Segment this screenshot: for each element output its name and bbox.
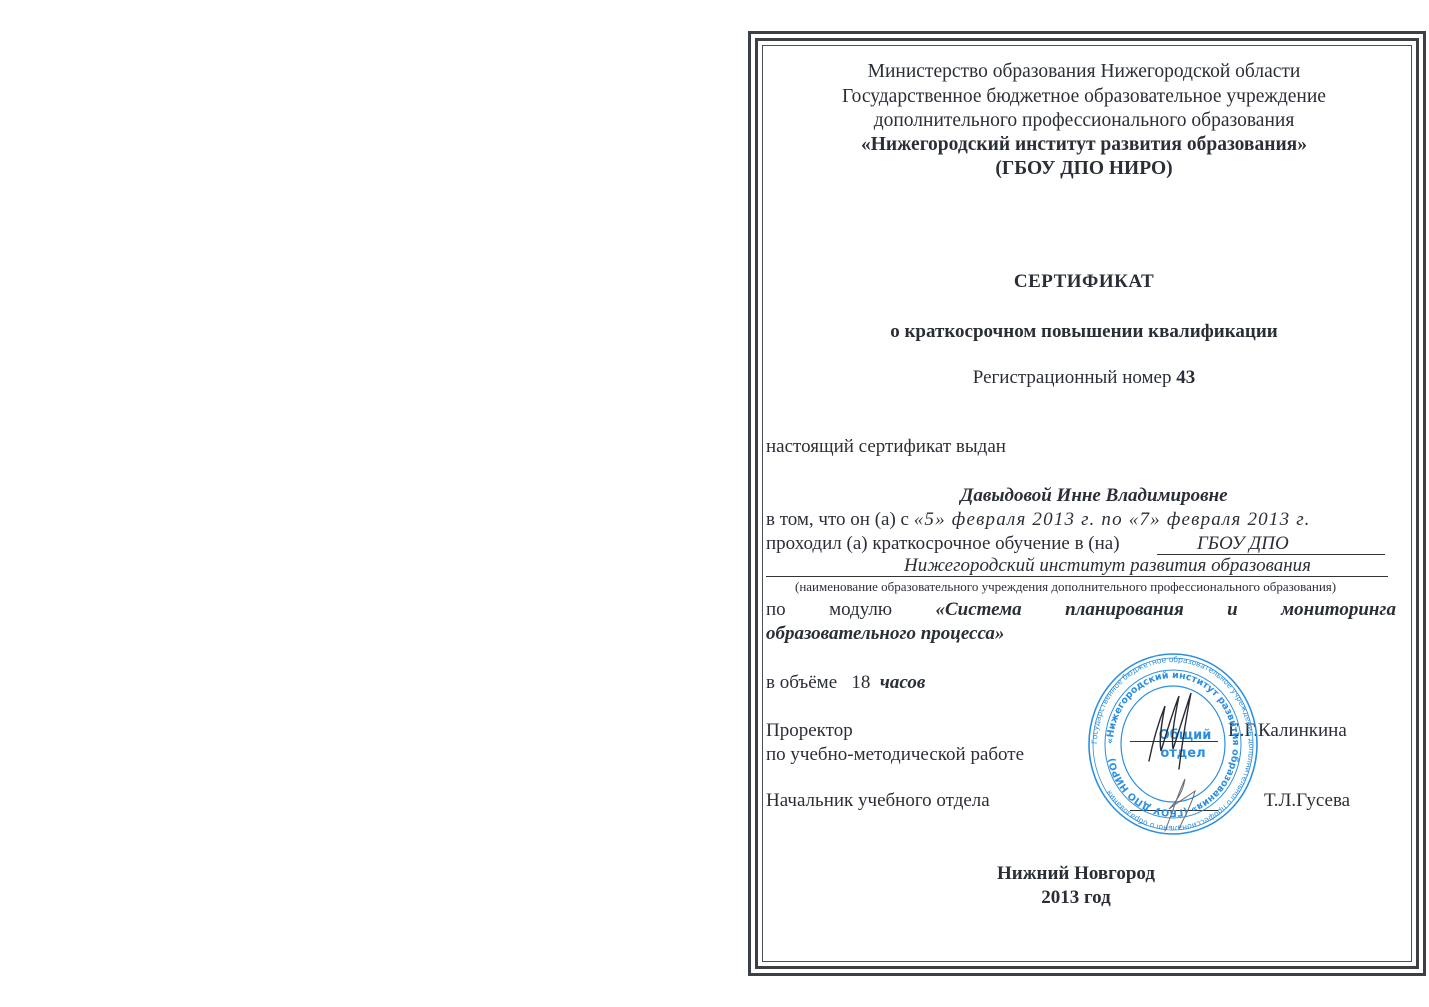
institution-name: «Нижегородский институт развития образов…	[750, 133, 1418, 157]
institution-type-line: Государственное бюджетное образовательно…	[750, 85, 1418, 109]
module-word-1: по	[766, 598, 786, 622]
certificate-subtitle: о краткосрочном повышении квалификации	[750, 320, 1418, 344]
module-name-part-3: и	[1227, 598, 1238, 622]
official-stamp: Государственное бюджетное образовательно…	[1087, 651, 1259, 837]
registration-label: Регистрационный номер	[973, 367, 1172, 388]
footer-year: 2013 год	[742, 886, 1410, 910]
training-line: проходил (а) краткосрочное обучение в (н…	[766, 532, 1120, 556]
volume-prefix: в объёме	[766, 672, 837, 693]
registration-number: Регистрационный номер 43	[750, 366, 1418, 390]
training-prefix: проходил (а) краткосрочное обучение в (н…	[766, 533, 1120, 554]
module-word-2: модулю	[829, 598, 892, 622]
ministry-line: Министерство образования Нижегородской о…	[750, 60, 1418, 84]
signatory-1-position-2: по учебно-методической работе	[766, 743, 1024, 767]
issued-label: настоящий сертификат выдан	[766, 435, 1006, 459]
module-line-1: по модулю «Система планирования и монито…	[766, 598, 1396, 622]
signatory-1-position: Проректор	[766, 719, 853, 743]
institution-type-line-2: дополнительного профессионального образо…	[750, 109, 1418, 133]
training-org-line-1: ГБОУ ДПО	[1197, 532, 1289, 556]
volume-unit: часов	[880, 672, 925, 693]
module-name-part-2: планирования	[1065, 598, 1184, 622]
volume-line: в объёме 18 часов	[766, 671, 925, 695]
registration-value: 43	[1176, 367, 1195, 388]
module-name-part-4: мониторинга	[1281, 598, 1396, 622]
signatory-2-position: Начальник учебного отдела	[766, 789, 990, 813]
period-line: в том, что он (а) с «5» февраля 2013 г. …	[766, 508, 1311, 532]
module-name-line-2: образовательного процесса»	[766, 622, 1004, 646]
module-name-part-1: «Система	[935, 598, 1021, 622]
training-org-field-2: Нижегородский институт развития образова…	[766, 554, 1388, 577]
volume-hours: 18	[851, 672, 870, 693]
recipient-name: Давыдовой Инне Владимировне	[760, 484, 1428, 508]
period-prefix: в том, что он (а) с	[766, 509, 909, 530]
certificate-title: СЕРТИФИКАТ	[750, 270, 1418, 294]
period-dates: «5» февраля 2013 г. по «7» февраля 2013 …	[914, 509, 1311, 530]
footer-city: Нижний Новгород	[742, 862, 1410, 886]
training-org-caption: (наименование образовательного учреждени…	[795, 575, 1336, 599]
signatory-2-name: Т.Л.Гусева	[1264, 789, 1350, 813]
training-org-field-1: ГБОУ ДПО	[1157, 532, 1385, 555]
certificate-page: Министерство образования Нижегородской о…	[0, 0, 1429, 1007]
institution-abbreviation: (ГБОУ ДПО НИРО)	[750, 157, 1418, 181]
stamp-center-line-2: отдел	[1160, 746, 1205, 761]
